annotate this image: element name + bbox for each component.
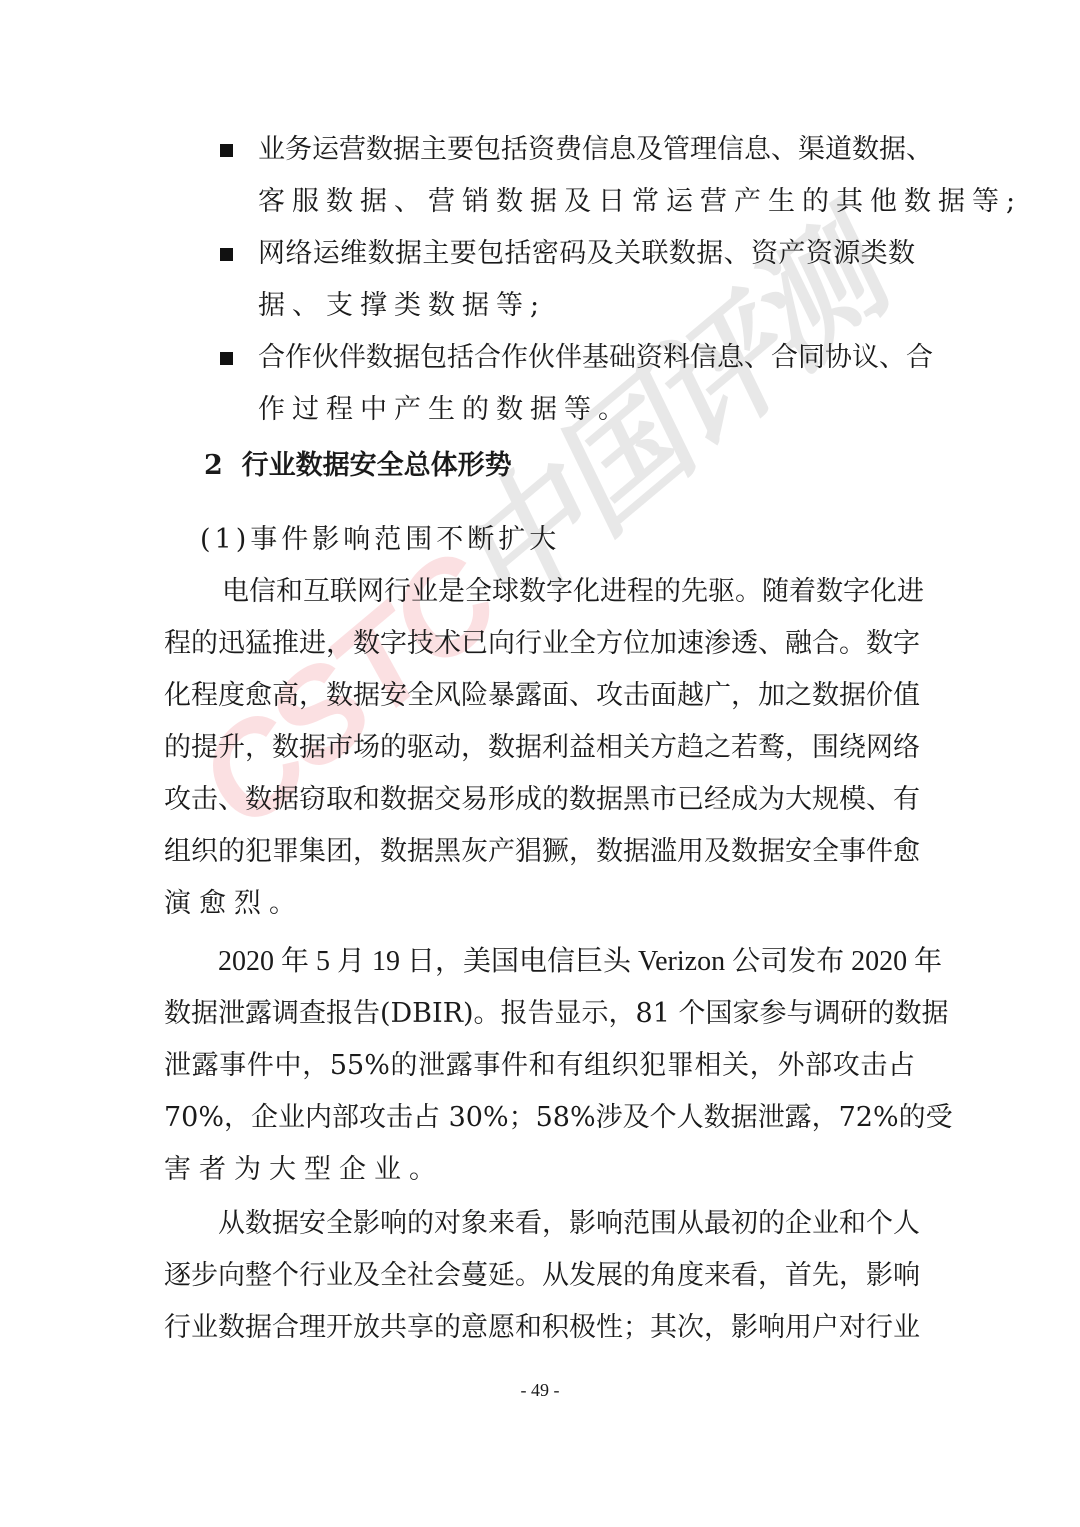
paragraph-line: 害者为大型企业。: [164, 1150, 444, 1190]
bullet-2-line-2: 据、支撑类数据等;: [258, 286, 658, 326]
paragraph-line: 行业数据合理开放共享的意愿和积极性；其次，影响用户对行业: [164, 1308, 915, 1348]
bullet-square-icon: [220, 248, 233, 261]
paragraph-line: 70%，企业内部攻击占 30%；58%涉及个人数据泄露，72%的受: [164, 1098, 915, 1138]
paragraph-line: 2020 年 5 月 19 日，美国电信巨头 Verizon 公司发布 2020…: [218, 942, 915, 982]
bullet-square-icon: [220, 144, 233, 157]
bullet-3-line-1: 合作伙伴数据包括合作伙伴基础资料信息、合同协议、合: [258, 338, 915, 378]
paragraph-line: 逐步向整个行业及全社会蔓延。从发展的角度来看，首先，影响: [164, 1256, 915, 1296]
paragraph-line: 程的迅猛推进，数字技术已向行业全方位加速渗透、融合。数字: [164, 624, 915, 664]
paragraph-line: 电信和互联网行业是全球数字化进程的先驱。随着数字化进: [222, 572, 915, 612]
paragraph-line: 攻击、数据窃取和数据交易形成的数据黑市已经成为大规模、有: [164, 780, 915, 820]
bullet-1-line-2: 客服数据、营销数据及日常运营产生的其他数据等;: [258, 182, 858, 222]
section-heading: 2 行业数据安全总体形势: [204, 446, 512, 486]
bullet-3-line-2: 作过程中产生的数据等。: [258, 390, 658, 430]
paragraph-line: 的提升，数据市场的驱动，数据利益相关方趋之若鹜，围绕网络: [164, 728, 915, 768]
paragraph-line: 演愈烈。: [164, 884, 304, 924]
bullet-square-icon: [220, 352, 233, 365]
paragraph-line: 泄露事件中，55%的泄露事件和有组织犯罪相关，外部攻击占: [164, 1046, 915, 1086]
bullet-2-line-1: 网络运维数据主要包括密码及关联数据、资产资源类数: [258, 234, 915, 274]
bullet-1-line-1: 业务运营数据主要包括资费信息及管理信息、渠道数据、: [258, 130, 915, 170]
document-page: CSTC中国评测 业务运营数据主要包括资费信息及管理信息、渠道数据、 客服数据、…: [0, 0, 1080, 1527]
subheading: (1)事件影响范围不断扩大: [200, 520, 560, 560]
page-number: - 49 -: [0, 1380, 1080, 1401]
paragraph-line: 数据泄露调查报告(DBIR)。报告显示，81 个国家参与调研的数据: [164, 994, 915, 1034]
paragraph-line: 从数据安全影响的对象来看，影响范围从最初的企业和个人: [218, 1204, 915, 1244]
paragraph-line: 化程度愈高，数据安全风险暴露面、攻击面越广，加之数据价值: [164, 676, 915, 716]
paragraph-line: 组织的犯罪集团，数据黑灰产猖獗，数据滥用及数据安全事件愈: [164, 832, 915, 872]
